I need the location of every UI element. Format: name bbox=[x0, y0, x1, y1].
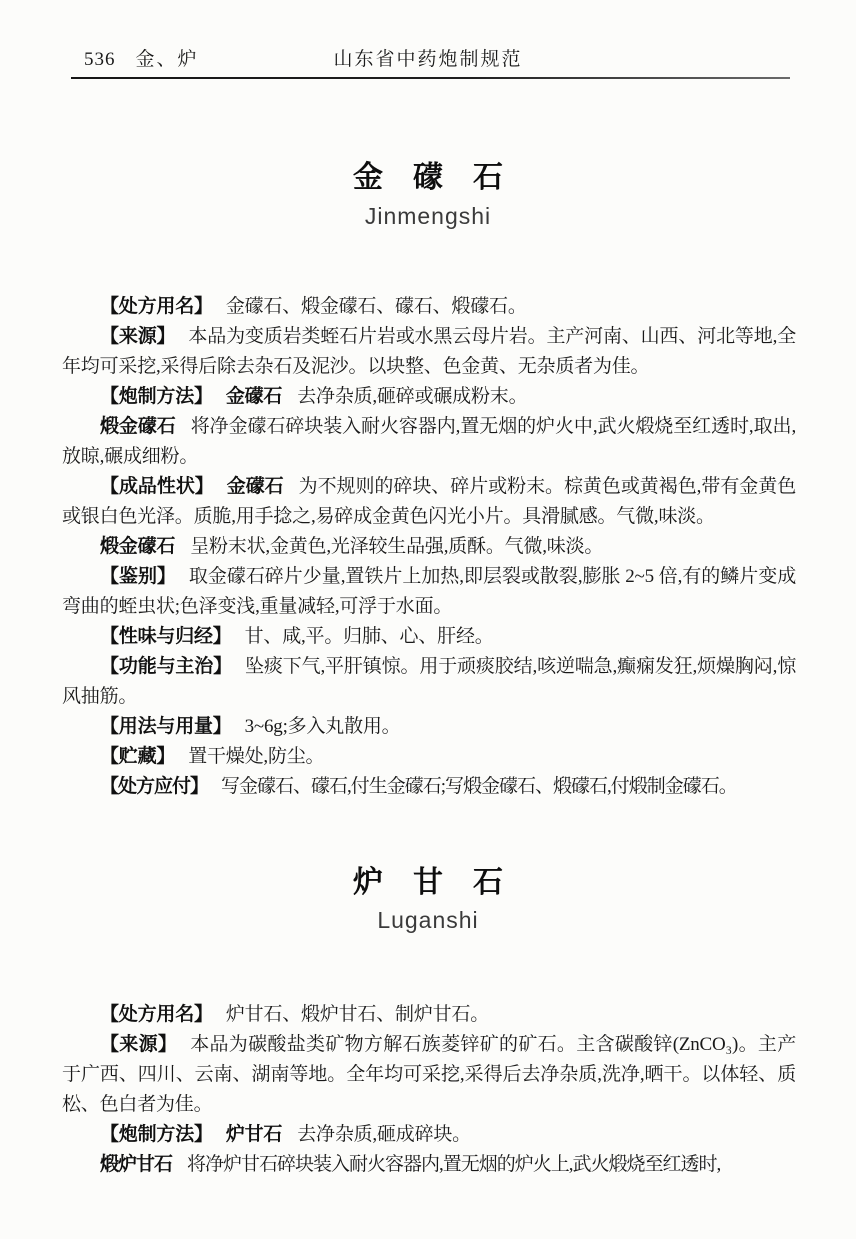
entry-body-luganshi: 【处方用名】炉甘石、煅炉甘石、制炉甘石。【来源】本品为碳酸盐类矿物方解石族菱锌矿… bbox=[62, 1000, 796, 1180]
field-label: 【炮制方法】 bbox=[100, 1124, 213, 1145]
field-label: 【炮制方法】 bbox=[100, 386, 213, 407]
field-text: 置干燥处,防尘。 bbox=[188, 746, 324, 767]
field-text: 3~6g;多入丸散用。 bbox=[245, 716, 401, 737]
field-text: 去净杂质,砸成碎块。 bbox=[297, 1124, 471, 1145]
field-lead: 金礞石 bbox=[226, 386, 282, 407]
entry-body-jinmengshi: 【处方用名】金礞石、煅金礞石、礞石、煅礞石。【来源】本品为变质岩类蛭石片岩或水黑… bbox=[62, 292, 796, 802]
field-label: 【功能与主治】 bbox=[100, 656, 232, 677]
paragraph: 【来源】本品为变质岩类蛭石片岩或水黑云母片岩。主产河南、山西、河北等地,全年均可… bbox=[62, 322, 796, 382]
page-header: 536金、炉 山东省中药炮制规范 bbox=[0, 44, 856, 70]
field-lead: 煅金礞石 bbox=[100, 536, 175, 557]
paragraph: 【成品性状】金礞石为不规则的碎块、碎片或粉末。棕黄色或黄褐色,带有金黄色或银白色… bbox=[62, 472, 796, 532]
header-rule bbox=[71, 77, 790, 79]
field-text: 将净炉甘石碎块装入耐火容器内,置无烟的炉火上,武火煅烧至红透时, bbox=[187, 1154, 720, 1175]
field-label: 【处方应付】 bbox=[100, 776, 208, 797]
paragraph: 【炮制方法】金礞石去净杂质,砸碎或碾成粉末。 bbox=[62, 382, 796, 412]
running-title: 山东省中药炮制规范 bbox=[0, 44, 856, 71]
paragraph: 【来源】本品为碳酸盐类矿物方解石族菱锌矿的矿石。主含碳酸锌(ZnCO₃)。主产于… bbox=[62, 1030, 796, 1120]
field-text: 炉甘石、煅炉甘石、制炉甘石。 bbox=[226, 1004, 489, 1025]
paragraph: 【贮藏】置干燥处,防尘。 bbox=[62, 742, 796, 772]
paragraph: 【用法与用量】3~6g;多入丸散用。 bbox=[62, 712, 796, 742]
field-text: 甘、咸,平。归肺、心、肝经。 bbox=[245, 626, 494, 647]
paragraph: 【处方用名】金礞石、煅金礞石、礞石、煅礞石。 bbox=[62, 292, 796, 322]
field-label: 【性味与归经】 bbox=[100, 626, 232, 647]
field-text: 写金礞石、礞石,付生金礞石;写煅金礞石、煅礞石,付煅制金礞石。 bbox=[221, 776, 737, 797]
field-label: 【用法与用量】 bbox=[100, 716, 232, 737]
field-text: 去净杂质,砸碎或碾成粉末。 bbox=[297, 386, 527, 407]
field-label: 【成品性状】 bbox=[100, 476, 214, 497]
entry-title-luganshi: 炉 甘 石 bbox=[0, 866, 856, 900]
entry-pinyin-luganshi: Luganshi bbox=[0, 907, 856, 933]
book-page: 536金、炉 山东省中药炮制规范 金 礞 石 Jinmengshi 【处方用名】… bbox=[0, 0, 856, 1239]
field-text: 金礞石、煅金礞石、礞石、煅礞石。 bbox=[226, 296, 527, 317]
field-label: 【来源】 bbox=[100, 1034, 177, 1055]
field-lead: 煅金礞石 bbox=[100, 416, 176, 437]
field-lead: 煅炉甘石 bbox=[100, 1154, 172, 1175]
field-label: 【来源】 bbox=[100, 326, 175, 347]
field-lead: 炉甘石 bbox=[226, 1124, 282, 1145]
paragraph: 【处方用名】炉甘石、煅炉甘石、制炉甘石。 bbox=[62, 1000, 796, 1030]
paragraph: 【鉴别】取金礞石碎片少量,置铁片上加热,即层裂或散裂,膨胀 2~5 倍,有的鳞片… bbox=[62, 562, 796, 622]
field-lead: 金礞石 bbox=[227, 476, 284, 497]
entry-pinyin-jinmengshi: Jinmengshi bbox=[0, 203, 856, 229]
paragraph: 【功能与主治】坠痰下气,平肝镇惊。用于顽痰胶结,咳逆喘急,癫痫发狂,烦燥胸闷,惊… bbox=[62, 652, 796, 712]
paragraph: 【性味与归经】甘、咸,平。归肺、心、肝经。 bbox=[62, 622, 796, 652]
paragraph: 煅金礞石呈粉末状,金黄色,光泽较生品强,质酥。气微,味淡。 bbox=[62, 532, 796, 562]
field-label: 【处方用名】 bbox=[100, 296, 213, 317]
field-text: 呈粉末状,金黄色,光泽较生品强,质酥。气微,味淡。 bbox=[190, 536, 603, 557]
field-label: 【贮藏】 bbox=[100, 746, 175, 767]
entry-title-jinmengshi: 金 礞 石 bbox=[0, 161, 856, 195]
paragraph: 煅金礞石将净金礞石碎块装入耐火容器内,置无烟的炉火中,武火煅烧至红透时,取出,放… bbox=[62, 412, 796, 472]
paragraph: 【处方应付】写金礞石、礞石,付生金礞石;写煅金礞石、煅礞石,付煅制金礞石。 bbox=[62, 772, 796, 802]
field-label: 【鉴别】 bbox=[100, 566, 176, 587]
paragraph: 煅炉甘石将净炉甘石碎块装入耐火容器内,置无烟的炉火上,武火煅烧至红透时, bbox=[62, 1150, 796, 1180]
field-label: 【处方用名】 bbox=[100, 1004, 213, 1025]
paragraph: 【炮制方法】炉甘石去净杂质,砸成碎块。 bbox=[62, 1120, 796, 1150]
